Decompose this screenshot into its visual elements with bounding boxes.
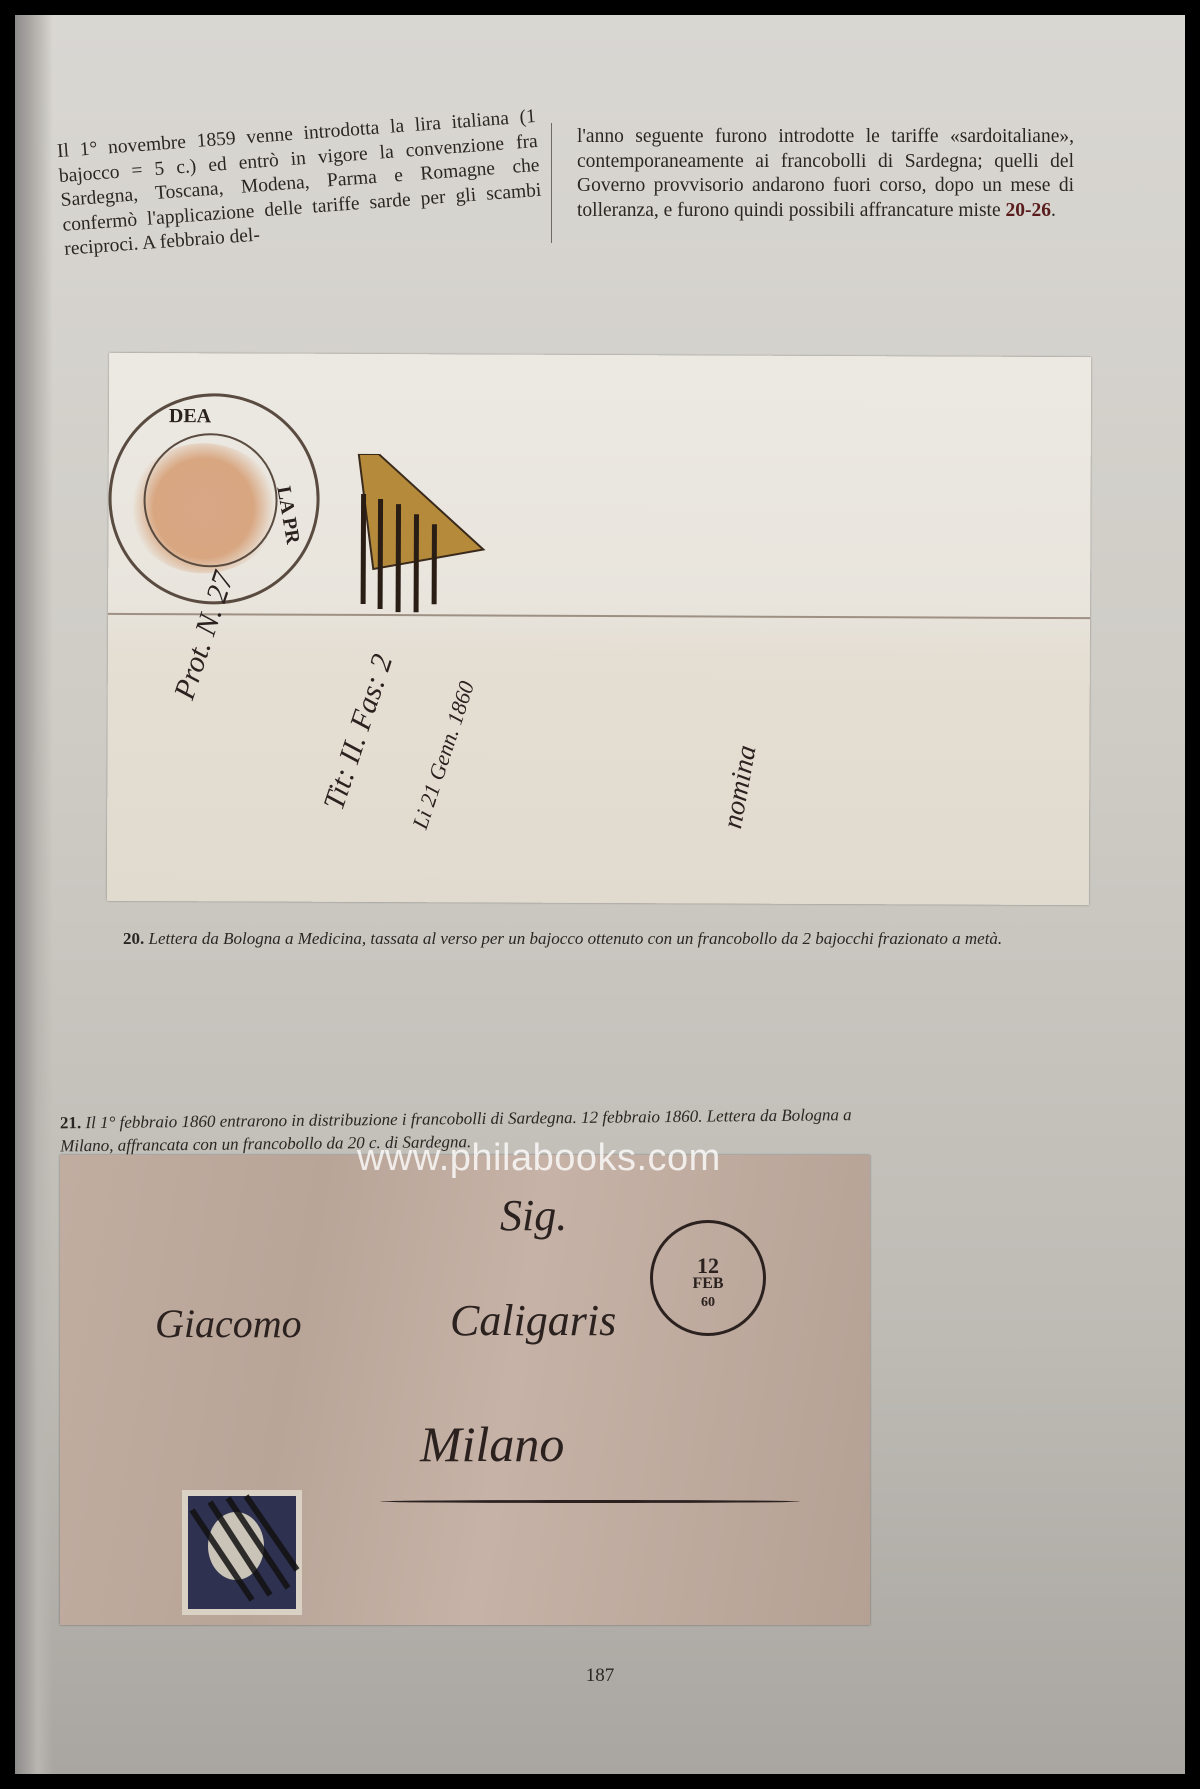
figure-21-letter-image: Sig. Giacomo Caligaris Milano 12 FEB 60 (60, 1155, 870, 1625)
watermark: www.philabooks.com (357, 1137, 721, 1180)
underline-flourish (380, 1500, 800, 1503)
postmark-text: DEA (169, 405, 211, 428)
figure-20-letter-image: DEA LA PR Prot. N. 27 Tit: II. Fas: 2 Li… (107, 353, 1091, 905)
address-line: Sig. (500, 1190, 567, 1241)
handwriting-line: Tit: II. Fas: 2 (317, 650, 400, 814)
page-number: 187 (15, 1665, 1185, 1687)
postmark-ring-inner (143, 433, 278, 568)
page-gutter (15, 15, 53, 1774)
right-column-text: l'anno seguente furono introdotte le tar… (577, 126, 1074, 221)
bisected-stamp-icon (348, 454, 509, 615)
body-text-left-column: Il 1° novembre 1859 venne introdotta la … (56, 105, 544, 262)
handwriting-line: Li 21 Genn. 1860 (407, 678, 480, 832)
fold-line (108, 613, 1090, 619)
figure-number: 20. (123, 929, 144, 948)
postmark-month: FEB (653, 1275, 763, 1293)
postmark-year: 60 (653, 1295, 763, 1311)
caption-text: Lettera da Bologna a Medicina, tassata a… (149, 929, 1003, 948)
address-line: Caligaris (450, 1295, 616, 1346)
date-postmark: 12 FEB 60 (650, 1220, 766, 1336)
book-page: Il 1° novembre 1859 venne introdotta la … (15, 15, 1185, 1774)
column-divider (551, 123, 552, 243)
figure-reference: 20-26 (1006, 200, 1052, 221)
address-line: Giacomo (155, 1300, 302, 1347)
sardinia-20c-stamp (182, 1490, 302, 1615)
figure-number: 21. (60, 1113, 81, 1132)
body-text-right-column: l'anno seguente furono introdotte le tar… (577, 125, 1074, 223)
grid-cancel-icon (182, 1490, 302, 1615)
address-line: Milano (420, 1415, 564, 1473)
handwriting-line: nomina (717, 743, 763, 831)
period: . (1051, 200, 1056, 221)
figure-20-caption: 20. Lettera da Bologna a Medicina, tassa… (123, 927, 1113, 950)
